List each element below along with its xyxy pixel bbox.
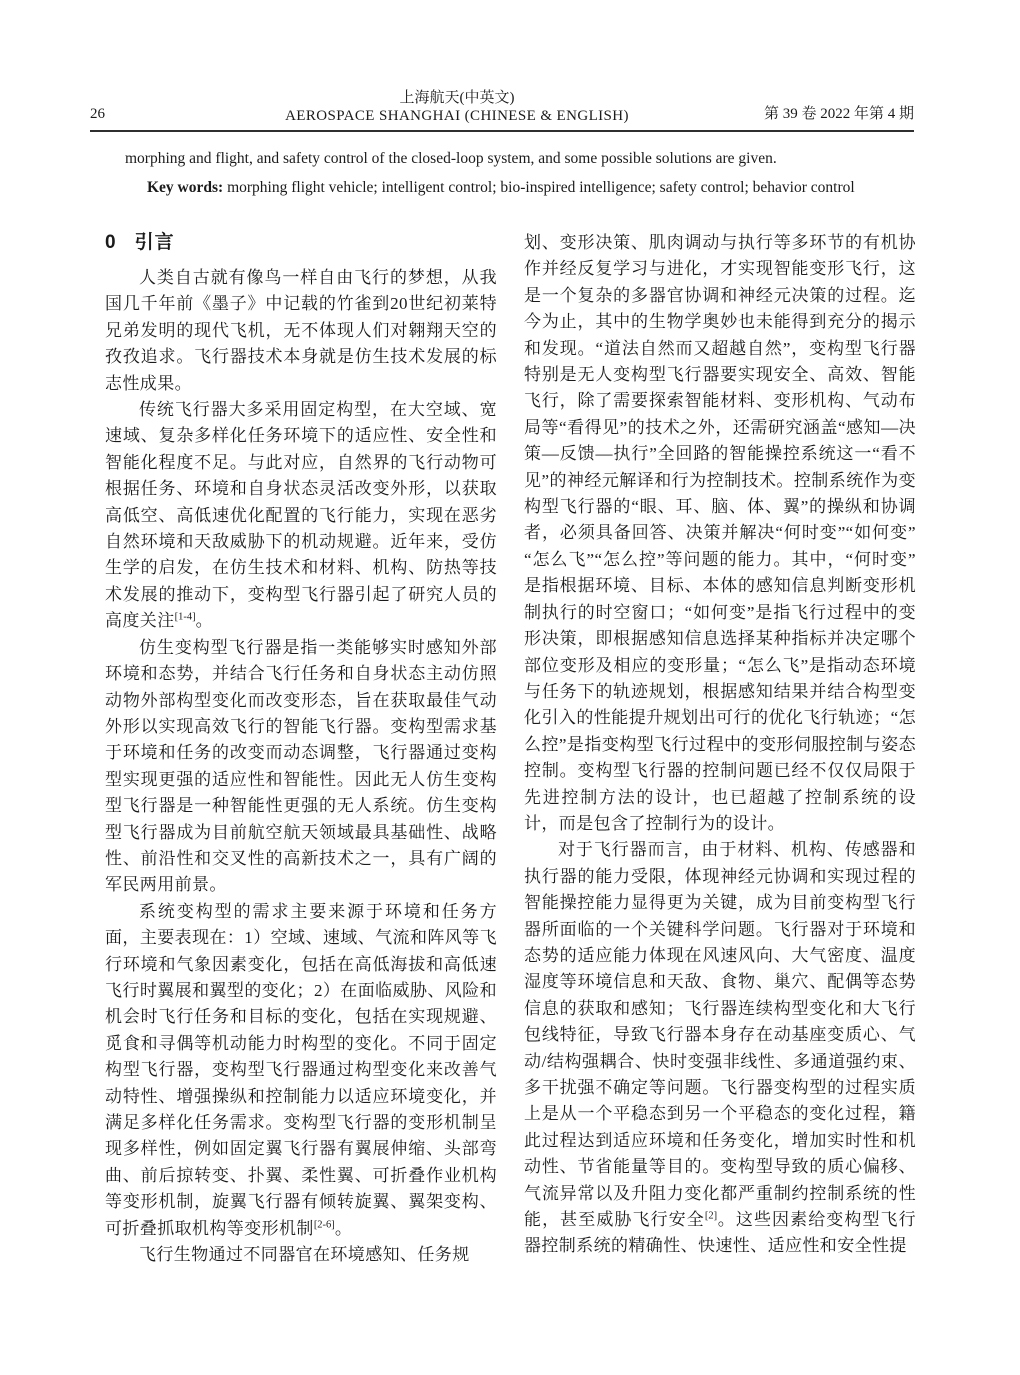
- citation-reference: [2-6]: [314, 1219, 335, 1230]
- volume-issue-info: 第 39 卷 2022 年第 4 期: [744, 105, 914, 126]
- two-column-body: 0引言 人类自古就有像鸟一样自由飞行的梦想，从我国几千年前《墨子》中记载的竹雀到…: [105, 230, 916, 1268]
- keywords-label: Key words:: [147, 179, 223, 196]
- running-header: 26 上海航天(中英文) AEROSPACE SHANGHAI (CHINESE…: [90, 88, 914, 126]
- header-rule: [90, 130, 914, 132]
- journal-title-chinese: 上海航天(中英文): [285, 89, 629, 108]
- keywords-text: morphing flight vehicle; intelligent con…: [223, 179, 854, 196]
- journal-title-english: AEROSPACE SHANGHAI (CHINESE & ENGLISH): [285, 107, 629, 126]
- body-paragraph: 划、变形决策、肌肉调动与执行等多环节的有机协作并经反复学习与进化，才实现智能变形…: [524, 230, 916, 837]
- journal-title-block: 上海航天(中英文) AEROSPACE SHANGHAI (CHINESE & …: [285, 89, 629, 127]
- left-column-text: 人类自古就有像鸟一样自由飞行的梦想，从我国几千年前《墨子》中记载的竹雀到20世纪…: [105, 265, 497, 1268]
- citation-reference: [2]: [705, 1210, 717, 1221]
- abstract-block: morphing and flight, and safety control …: [125, 145, 877, 202]
- right-column-text: 划、变形决策、肌肉调动与执行等多环节的有机协作并经反复学习与进化，才实现智能变形…: [524, 230, 916, 1260]
- abstract-continuation-line: morphing and flight, and safety control …: [125, 145, 877, 174]
- body-paragraph: 仿生变构型飞行器是指一类能够实时感知外部环境和态势，并结合飞行任务和自身状态主动…: [105, 635, 497, 899]
- citation-reference: [1-4]: [175, 612, 196, 623]
- body-paragraph: 人类自古就有像鸟一样自由飞行的梦想，从我国几千年前《墨子》中记载的竹雀到20世纪…: [105, 265, 497, 397]
- body-paragraph: 对于飞行器而言，由于材料、机构、传感器和执行器的能力受限，体现神经元协调和实现过…: [524, 837, 916, 1260]
- body-paragraph: 系统变构型的需求主要来源于环境和任务方面，主要表现在：1）空域、速域、气流和阵风…: [105, 899, 497, 1242]
- keywords-line: Key words: morphing flight vehicle; inte…: [125, 174, 877, 203]
- section-heading: 0引言: [105, 230, 497, 256]
- left-column: 0引言 人类自古就有像鸟一样自由飞行的梦想，从我国几千年前《墨子》中记载的竹雀到…: [105, 230, 497, 1268]
- body-paragraph: 飞行生物通过不同器官在环境感知、任务规: [105, 1242, 497, 1268]
- section-number: 0: [105, 232, 117, 253]
- body-paragraph: 传统飞行器大多采用固定构型，在大空域、宽速域、复杂多样化任务环境下的适应性、安全…: [105, 397, 497, 635]
- page-number: 26: [90, 105, 170, 126]
- section-title: 引言: [135, 232, 175, 253]
- right-column: 划、变形决策、肌肉调动与执行等多环节的有机协作并经反复学习与进化，才实现智能变形…: [524, 230, 916, 1268]
